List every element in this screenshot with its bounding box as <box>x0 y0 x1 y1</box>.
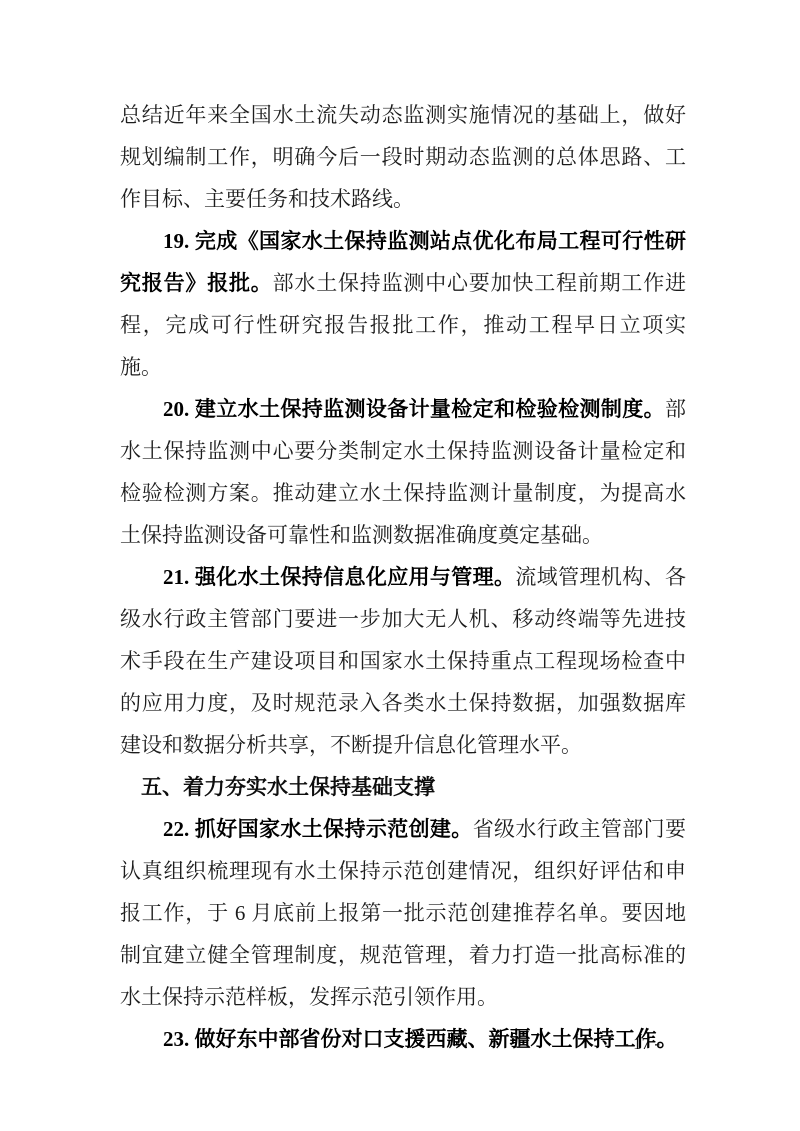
document-body: 总结近年来全国水土流失动态监测实施情况的基础上，做好规划编制工作，明确今后一段时… <box>120 94 686 1060</box>
section-heading-five-text: 五、着力夯实水土保持基础支撑 <box>141 775 435 799</box>
paragraph-continuation-text: 总结近年来全国水土流失动态监测实施情况的基础上，做好规划编制工作，明确今后一段时… <box>120 103 686 211</box>
document-page: 总结近年来全国水土流失动态监测实施情况的基础上，做好规划编制工作，明确今后一段时… <box>0 0 800 1131</box>
paragraph-21: 21. 强化水土保持信息化应用与管理。流域管理机构、各级水行政主管部门要进一步加… <box>120 556 686 766</box>
paragraph-20-lead: 20. 建立水土保持监测设备计量检定和检验检测制度。 <box>163 397 665 421</box>
paragraph-20: 20. 建立水土保持监测设备计量检定和检验检测制度。部水土保持监测中心要分类制定… <box>120 388 686 556</box>
paragraph-21-lead: 21. 强化水土保持信息化应用与管理。 <box>163 565 515 589</box>
page-footer: - 17 - <box>0 1033 800 1055</box>
paragraph-21-text: 流域管理机构、各级水行政主管部门要进一步加大无人机、移动终端等先进技术手段在生产… <box>120 565 686 757</box>
page-number: - 17 - <box>623 1033 660 1055</box>
paragraph-continuation: 总结近年来全国水土流失动态监测实施情况的基础上，做好规划编制工作，明确今后一段时… <box>120 94 686 220</box>
section-heading-five: 五、着力夯实水土保持基础支撑 <box>120 766 686 808</box>
paragraph-22-lead: 22. 抓好国家水土保持示范创建。 <box>163 817 473 841</box>
paragraph-22-text: 省级水行政主管部门要认真组织梳理现有水土保持示范创建情况，组织好评估和申报工作，… <box>120 817 686 1009</box>
paragraph-22: 22. 抓好国家水土保持示范创建。省级水行政主管部门要认真组织梳理现有水土保持示… <box>120 808 686 1018</box>
paragraph-19: 19. 完成《国家水土保持监测站点优化布局工程可行性研究报告》报批。部水土保持监… <box>120 220 686 388</box>
